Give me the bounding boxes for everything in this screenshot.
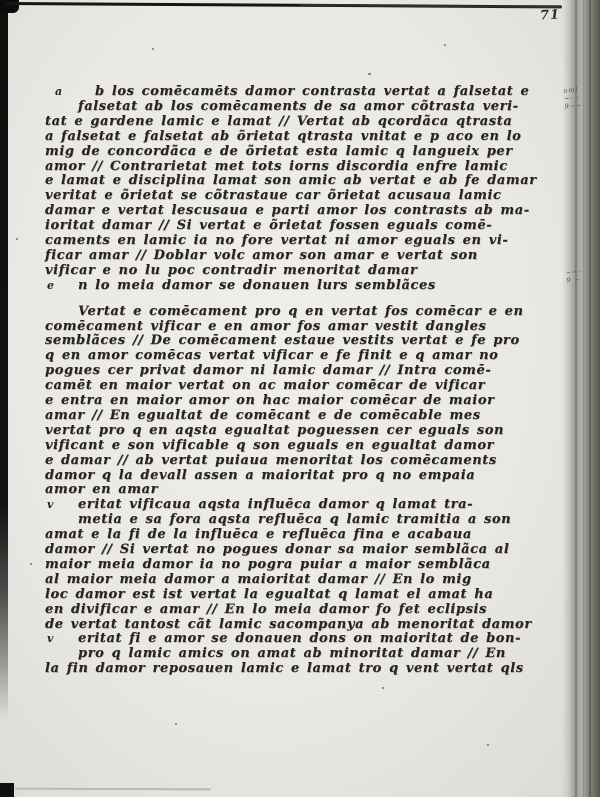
manuscript-line: eritat vificaua aqsta influēca damor q l… xyxy=(78,497,473,512)
manuscript-line: loc damor est ist vertat la egualtat q l… xyxy=(45,587,493,602)
manuscript-line: caments en lamic ia no fore vertat ni am… xyxy=(45,233,508,248)
manuscript-line: semblãces // De comēcament estaue vestit… xyxy=(45,333,520,348)
margin-note-line: 9 ~ xyxy=(566,275,583,284)
paragraph-guide-letter: e xyxy=(47,279,54,292)
manuscript-line: amor en amar xyxy=(45,482,158,497)
margin-note: aml~- -9~~ xyxy=(563,85,583,110)
manuscript-line: a falsetat e falsetat ab õrietat qtrasta… xyxy=(45,129,521,144)
manuscript-line: Vertat e comēcament pro q en vertat fos … xyxy=(78,303,524,318)
manuscript-line: e damar // ab vertat puiaua menoritat lo… xyxy=(45,452,497,467)
margin-note: ~~-9 ~ xyxy=(565,267,582,284)
manuscript-line: e lamat e disciplina lamat son amic ab v… xyxy=(45,173,537,188)
manuscript-line: q en amor comēcas vertat vificar e fe fi… xyxy=(45,348,498,363)
manuscript-line: damor q la devall assen a maioritat pro … xyxy=(45,467,475,482)
manuscript-line: veritat e õrietat se cõtrastaue car õrie… xyxy=(45,188,502,203)
manuscript-line: la fin damor reposauen lamic e lamat tro… xyxy=(45,661,524,676)
manuscript-line: vificant e son vificable q son eguals en… xyxy=(45,438,494,453)
manuscript-line: amor // Contrarietat met tots iorns disc… xyxy=(45,158,508,173)
manuscript-line: amat e la fi de la influēca e refluēca f… xyxy=(45,527,472,542)
manuscript-line: b los comēcamēts damor contrasta vertat … xyxy=(95,84,529,99)
manuscript-line: vificar e no lu poc contradir menoritat … xyxy=(45,263,417,278)
manuscript-line: camēt en maior vertat on ac maior comēca… xyxy=(45,378,485,393)
paragraph-guide-letter: v xyxy=(47,632,53,645)
manuscript-line: maior meia damor ia no pogra puiar a mai… xyxy=(45,557,491,572)
manuscript-line: tat e gardene lamic e lamat // Vertat ab… xyxy=(45,114,512,129)
manuscript-line: pro q lamic amics on amat ab minoritat d… xyxy=(78,646,506,661)
manuscript-line: ficar amar // Doblar volc amor son amar … xyxy=(45,248,478,263)
manuscript-line: metia e sa fora aqsta refluēca q lamic t… xyxy=(78,512,511,527)
paragraph-guide-letter: a xyxy=(55,85,62,98)
paragraph-guide-letter: v xyxy=(47,498,53,511)
manuscript-page: 71 ab los comēcamēts damor contrasta ver… xyxy=(0,0,600,797)
manuscript-line: amar // En egualtat de comēcant e de com… xyxy=(45,408,481,423)
text-block: ab los comēcamēts damor contrasta vertat… xyxy=(0,0,600,797)
manuscript-line: e entra en maior amor on hac maior comēc… xyxy=(45,393,495,408)
manuscript-line: vertat pro q en aqsta egualtat poguessen… xyxy=(45,423,504,438)
manuscript-line: pogues cer privat damor ni lamic damar /… xyxy=(45,363,491,378)
manuscript-line: eritat fi e amor se donauen dons on maio… xyxy=(78,631,521,646)
manuscript-line: damar e vertat lescusaua e parti amor lo… xyxy=(45,203,530,218)
manuscript-line: falsetat ab los comēcaments de sa amor c… xyxy=(78,99,519,114)
manuscript-line: n lo meia damor se donauen lurs semblãce… xyxy=(78,278,436,293)
manuscript-line: en divificar e amar // En lo meia damor … xyxy=(45,601,487,616)
manuscript-line: al maior meia damor a maioritat damar //… xyxy=(45,572,472,587)
manuscript-line: mig de concordãca e de õrietat esta lami… xyxy=(45,143,513,158)
manuscript-line: ioritat damar // Si vertat e õrietat fos… xyxy=(45,218,492,233)
manuscript-line: comēcament vificar e en amor fos amar ve… xyxy=(45,318,486,333)
manuscript-line: de vertat tantost cãt lamic sacompanya a… xyxy=(45,616,532,631)
manuscript-line: damor // Si vertat no pogues donar sa ma… xyxy=(45,542,509,557)
margin-note-line: 9~~ xyxy=(564,101,583,110)
